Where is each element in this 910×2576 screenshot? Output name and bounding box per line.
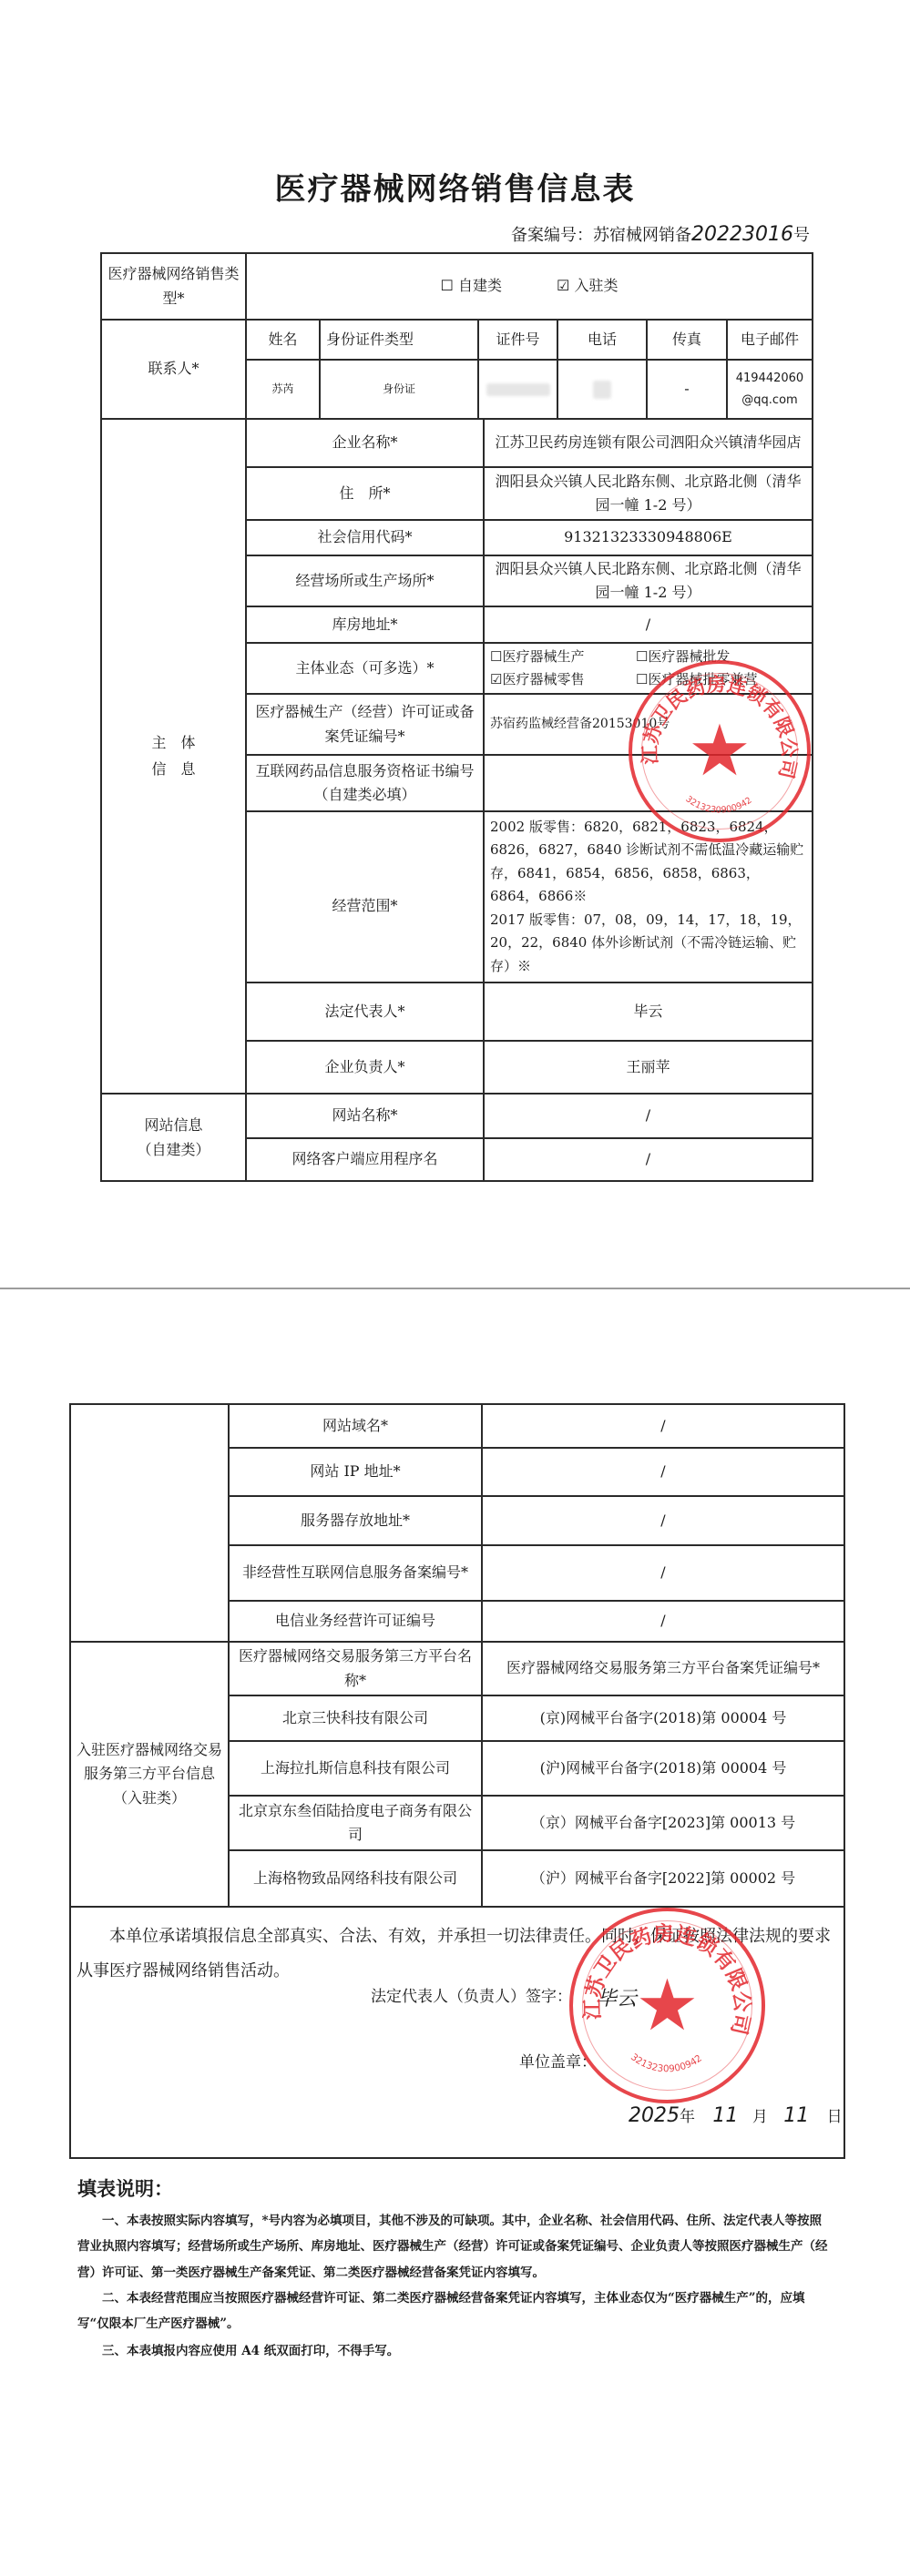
label-legal-rep: 法定代表人* xyxy=(247,983,483,1040)
value-server-location: / xyxy=(483,1497,844,1544)
checkbox-unchecked-icon: ☐ xyxy=(441,277,454,294)
value-company-name: 江苏卫民药房连锁有限公司泗阳众兴镇清华园店 xyxy=(485,420,812,466)
star-icon: ★ xyxy=(688,716,752,787)
option-settled[interactable]: ☑ 入驻类 xyxy=(557,274,618,298)
label-app-name: 网络客户端应用程序名 xyxy=(247,1139,483,1180)
filing-number: 备案编号：苏宿械网销备20223016号 xyxy=(511,222,810,246)
divider xyxy=(69,1906,845,1908)
date: 2025年 11 月 11 日 xyxy=(629,2103,843,2127)
label-business-premises: 经营场所或生产场所* xyxy=(247,556,483,606)
option-manufacture[interactable]: ☐医疗器械生产 xyxy=(490,646,636,669)
option-label: 医疗器械零售 xyxy=(502,671,584,687)
scope-2017: 2017 版零售：07，08，09，14，17，18，19，20，22，6840… xyxy=(490,909,806,979)
checkbox-checked-icon: ☑ xyxy=(557,277,569,294)
third-party-section-label: 入驻医疗器械网络交易服务第三方平台信息（入驻类） xyxy=(71,1643,228,1906)
option-self-built[interactable]: ☐ 自建类 xyxy=(441,274,502,298)
contact-phone-redacted xyxy=(558,361,646,418)
date-year-suffix: 年 xyxy=(680,2108,695,2126)
contact-header-phone: 电话 xyxy=(558,321,646,359)
value-credit-code: 91321323330948806E xyxy=(485,521,812,555)
note-item: 一、本表按照实际内容填写，*号内容为必填项目，其他不涉及的可缺项。其中，企业名称… xyxy=(77,2208,833,2286)
value-ip: / xyxy=(483,1449,844,1495)
label-domain: 网站域名* xyxy=(230,1405,481,1447)
platform-name: 北京京东叁佰陆拾度电子商务有限公司 xyxy=(230,1797,481,1849)
label-company-name: 企业名称* xyxy=(247,420,483,466)
platform-name: 上海格物致品网络科技有限公司 xyxy=(230,1851,481,1906)
value-business-premises: 泗阳县众兴镇人民北路东侧、北京路北侧（清华园一幢 1-2 号） xyxy=(485,556,812,606)
signature-label: 法定代表人（负责人）签字： xyxy=(371,1983,572,2006)
checkbox-unchecked-icon: ☐ xyxy=(636,648,648,665)
note-item: 二、本表经营范围应当按照医疗器械经营许可证、第二类医疗器械经营备案凭证内容填写，… xyxy=(77,2286,833,2337)
contact-header-id-type: 身份证件类型 xyxy=(321,321,477,359)
document-title: 医疗器械网络销售信息表 xyxy=(0,164,910,209)
section-label-line: 网站信息 xyxy=(144,1113,202,1137)
label-business-type: 主体业态（可多选）* xyxy=(247,644,483,693)
label-credit-code: 社会信用代码* xyxy=(247,521,483,555)
contact-fax: - xyxy=(648,361,726,418)
platform-name: 北京三快科技有限公司 xyxy=(230,1696,481,1740)
filing-label: 备案编号：苏宿械网销备 xyxy=(511,226,691,245)
page-separator xyxy=(0,1288,910,1289)
contact-header-name: 姓名 xyxy=(247,321,319,359)
label-ip: 网站 IP 地址* xyxy=(230,1449,481,1495)
checkbox-checked-icon: ☑ xyxy=(490,671,502,687)
date-day-suffix: 日 xyxy=(827,2108,843,2126)
label-telecom-license: 电信业务经营许可证编号 xyxy=(230,1602,481,1641)
contact-header-fax: 传真 xyxy=(648,321,726,359)
contact-header-id-number: 证件号 xyxy=(479,321,557,359)
label-business-scope: 经营范围* xyxy=(247,812,483,982)
email-line: 419442060 xyxy=(736,368,803,389)
svg-text:3213230900942: 3213230900942 xyxy=(629,2052,704,2074)
option-retail[interactable]: ☑医疗器械零售 xyxy=(490,668,636,692)
platform-cert: (京)网械平台备字(2018)第 00004 号 xyxy=(483,1696,844,1740)
company-seal-stamp: 江苏卫民药房连锁有限公司 3213230900942 ★ xyxy=(569,1908,765,2103)
email-line: @qq.com xyxy=(741,390,797,411)
contact-name: 苏芮 xyxy=(247,361,319,418)
label-enterprise-head: 企业负责人* xyxy=(247,1042,483,1093)
star-icon: ★ xyxy=(636,1970,700,2041)
option-label: 入驻类 xyxy=(574,277,618,294)
label-internet-drug-cert: 互联网药品信息服务资格证书编号（自建类必填） xyxy=(247,756,483,810)
contact-id-number-redacted xyxy=(479,361,557,418)
contact-label: 联系人* xyxy=(102,321,245,418)
header-platform-name: 医疗器械网络交易服务第三方平台名称* xyxy=(230,1643,481,1695)
value-app-name: / xyxy=(485,1139,812,1180)
value-enterprise-head: 王丽苹 xyxy=(485,1042,812,1093)
value-icp-filing: / xyxy=(483,1546,844,1600)
label-server-location: 服务器存放地址* xyxy=(230,1497,481,1544)
label-address: 住 所* xyxy=(247,468,483,519)
label-license-number: 医疗器械生产（经营）许可证或备案凭证编号* xyxy=(247,695,483,754)
label-website-name: 网站名称* xyxy=(247,1095,483,1137)
notes-title: 填表说明： xyxy=(77,2174,173,2202)
section-label-line: （自建类） xyxy=(137,1137,210,1162)
date-year: 2025 xyxy=(629,2104,680,2127)
section-label-line: 信 息 xyxy=(151,757,195,783)
platform-name: 上海拉扎斯信息科技有限公司 xyxy=(230,1742,481,1795)
contact-header-email: 电子邮件 xyxy=(728,321,812,359)
company-seal-stamp: 江苏卫民药房连锁有限公司 3213230900942 ★ xyxy=(629,660,811,842)
date-month: 11 xyxy=(712,2104,738,2127)
value-address: 泗阳县众兴镇人民北路东侧、北京路北侧（清华园一幢 1-2 号） xyxy=(485,468,812,519)
date-day: 11 xyxy=(783,2104,809,2127)
value-warehouse: / xyxy=(485,607,812,642)
website-section-label: 网站信息 （自建类） xyxy=(102,1095,245,1180)
platform-cert: （京）网械平台备字[2023]第 00013 号 xyxy=(483,1797,844,1849)
option-label: 医疗器械生产 xyxy=(502,648,584,665)
svg-text:3213230900942: 3213230900942 xyxy=(683,794,753,815)
checkbox-unchecked-icon: ☐ xyxy=(490,648,502,665)
value-legal-rep: 毕云 xyxy=(485,983,812,1040)
label-icp-filing: 非经营性互联网信息服务备案编号* xyxy=(230,1546,481,1600)
note-item: 三、本表填报内容应使用 A4 纸双面打印，不得手写。 xyxy=(77,2338,833,2364)
header-platform-cert: 医疗器械网络交易服务第三方平台备案凭证编号* xyxy=(483,1643,844,1695)
platform-cert: (沪)网械平台备字(2018)第 00004 号 xyxy=(483,1742,844,1795)
sales-type-options: ☐ 自建类 ☑ 入驻类 xyxy=(247,254,812,319)
sales-type-label: 医疗器械网络销售类型* xyxy=(102,254,245,319)
contact-id-type: 身份证 xyxy=(321,361,477,418)
filing-suffix: 号 xyxy=(793,226,810,245)
filing-number-handwritten: 20223016 xyxy=(691,223,793,246)
platform-cert: （沪）网械平台备字[2022]第 00002 号 xyxy=(483,1851,844,1906)
value-domain: / xyxy=(483,1405,844,1447)
contact-email: 419442060 @qq.com xyxy=(728,361,812,418)
option-label: 自建类 xyxy=(458,277,502,294)
section-label-line: 主 体 xyxy=(151,730,195,757)
date-month-suffix: 月 xyxy=(752,2108,768,2126)
entity-section-label: 主 体 信 息 xyxy=(102,420,245,1093)
value-telecom-license: / xyxy=(483,1602,844,1641)
label-warehouse: 库房地址* xyxy=(247,607,483,642)
value-website-name: / xyxy=(485,1095,812,1137)
